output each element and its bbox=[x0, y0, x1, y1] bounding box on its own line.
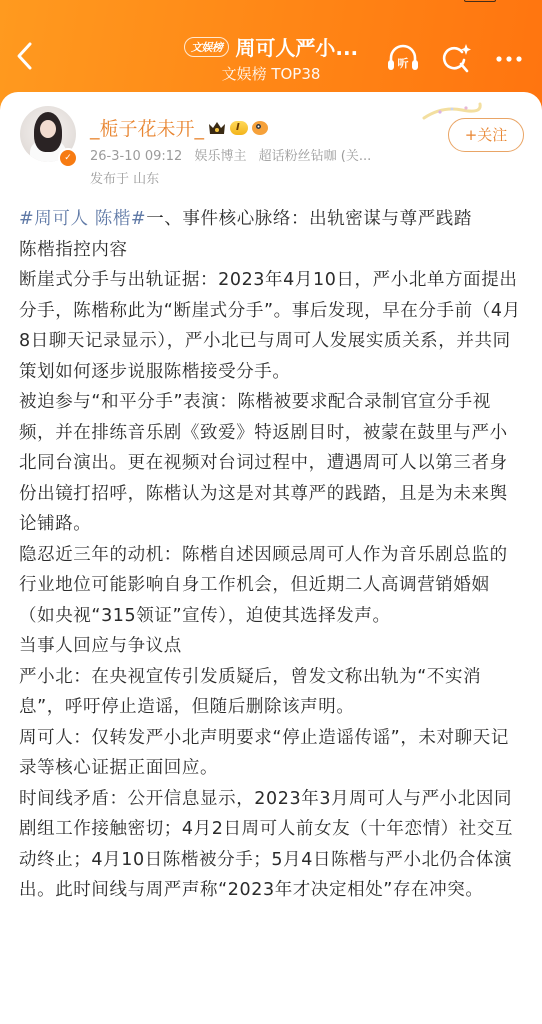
content-paragraph-6: 当事人回应与争议点 bbox=[19, 631, 524, 662]
listen-headphones-icon: 听 bbox=[386, 42, 420, 74]
content-paragraph-7: 严小北：在央视宣传引发质疑后，曾发文称出轨为“不实消息”，呼吁停止造谣，但随后删… bbox=[19, 662, 524, 723]
svg-text:听: 听 bbox=[398, 56, 409, 70]
verified-badge-icon: ✓ bbox=[58, 148, 78, 168]
page-title[interactable]: 周可人严小... bbox=[235, 32, 358, 61]
hashtag-link[interactable]: #周可人 陈楷# bbox=[19, 209, 146, 229]
content-paragraph-9: 时间线矛盾：公开信息显示，2023年3月周可人与严小北因同剧组工作接触密切；4月… bbox=[19, 784, 524, 906]
post-time: 26-3-10 09:12 bbox=[90, 149, 182, 164]
top-nav-bar: 文娱榜 周可人严小... 文娱榜 TOP38 听 bbox=[0, 28, 542, 90]
author-info: _栀子花未开_ I 26-3-10 09:12 娱乐博主 超话粉丝钻咖 (关..… bbox=[90, 114, 379, 187]
status-bar bbox=[0, 0, 542, 8]
search-sparkle-icon bbox=[440, 42, 474, 74]
fan-title: 超话粉丝钻咖 (关... bbox=[259, 149, 372, 164]
fan-mascot-icon bbox=[252, 121, 268, 135]
more-button[interactable] bbox=[492, 42, 526, 74]
follow-button[interactable]: +关注 bbox=[448, 118, 524, 152]
content-paragraph-2: 陈楷指控内容 bbox=[19, 235, 524, 266]
content-paragraph-8: 周可人：仅转发严小北声明要求“停止造谣传谣”，未对聊天记录等核心证据正面回应。 bbox=[19, 723, 524, 784]
listen-button[interactable]: 听 bbox=[386, 42, 420, 74]
post-location: 发布于 山东 bbox=[90, 168, 379, 187]
post-content: #周可人 陈楷#一、事件核心脉络：出轨密谋与尊严践踏 陈楷指控内容 断崖式分手与… bbox=[19, 204, 524, 906]
more-icon bbox=[492, 42, 526, 74]
author-role: 娱乐博主 bbox=[194, 149, 246, 164]
ranking-pill: 文娱榜 bbox=[184, 37, 230, 57]
post-meta: 26-3-10 09:12 娱乐博主 超话粉丝钻咖 (关... bbox=[90, 145, 379, 164]
post-card: ✓ _栀子花未开_ I 26-3-10 09:12 娱乐博主 超话粉丝钻咖 (关… bbox=[0, 92, 542, 1024]
content-paragraph-3: 断崖式分手与出轨证据：2023年4月10日，严小北单方面提出分手，陈楷称此为“断… bbox=[19, 265, 524, 387]
search-button[interactable] bbox=[440, 42, 474, 74]
content-paragraph-1: #周可人 陈楷#一、事件核心脉络：出轨密谋与尊严践踏 bbox=[19, 204, 524, 235]
content-paragraph-4: 被迫参与“和平分手”表演：陈楷被要求配合录制官宣分手视频，并在排练音乐剧《致爱》… bbox=[19, 387, 524, 540]
level-badge: I bbox=[230, 121, 248, 135]
crown-icon bbox=[208, 121, 226, 135]
author-name[interactable]: _栀子花未开_ bbox=[90, 114, 204, 141]
content-paragraph-5: 隐忍近三年的动机：陈楷自述因顾忌周可人作为音乐剧总监的行业地位可能影响自身工作机… bbox=[19, 540, 524, 632]
